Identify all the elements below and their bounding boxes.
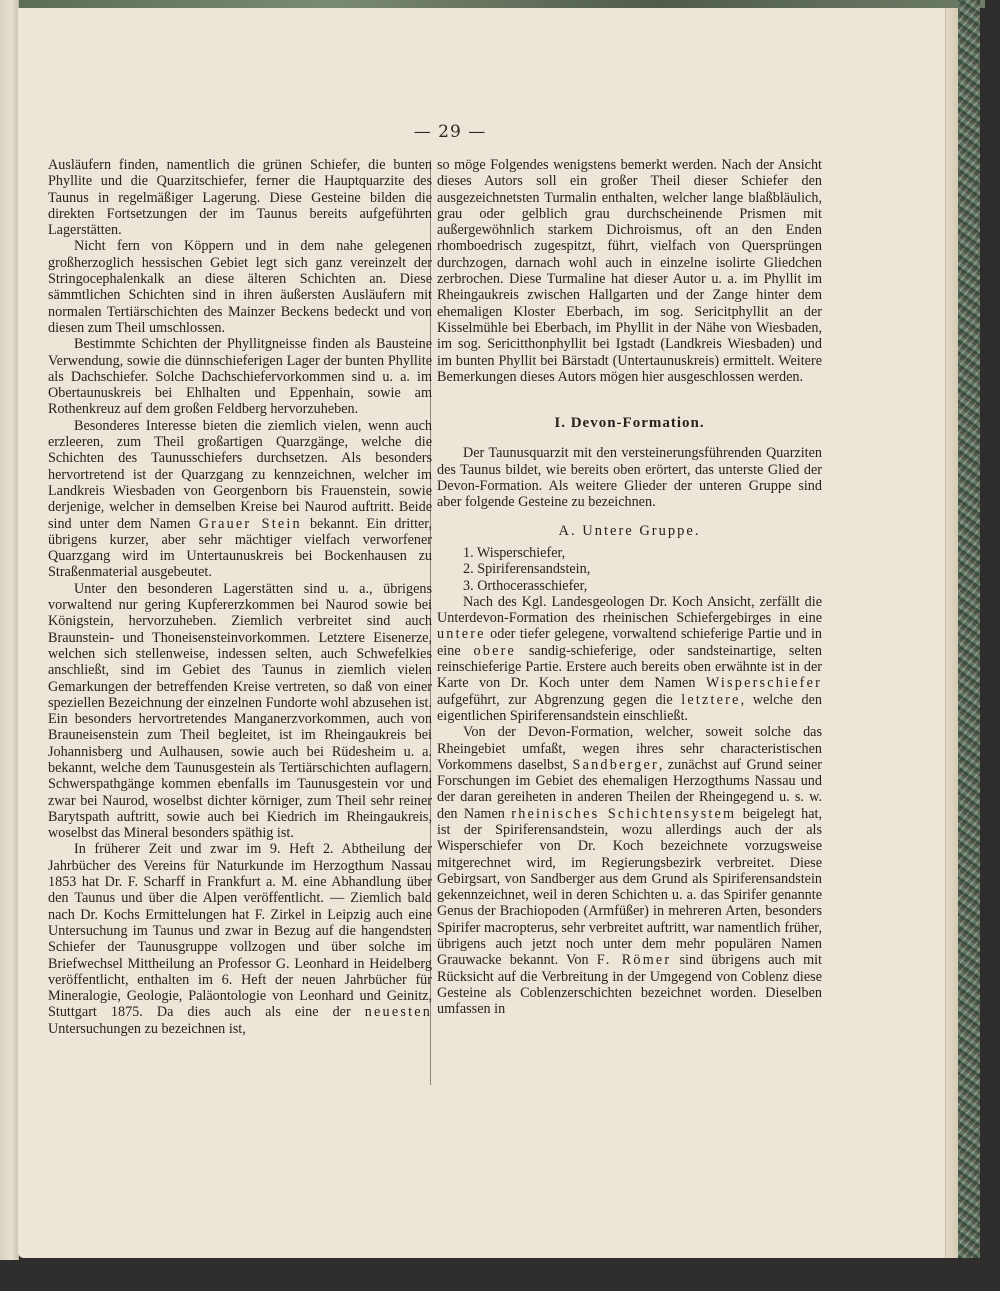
facing-page-edge <box>0 0 19 1260</box>
spaced-term: untere <box>437 626 486 642</box>
spaced-term: Grauer Stein <box>199 516 302 532</box>
spaced-term: neuesten <box>365 1004 432 1020</box>
paragraph: Nach des Kgl. Landesgeologen Dr. Koch An… <box>437 594 822 724</box>
paragraph: In früherer Zeit und zwar im 9. Heft 2. … <box>48 841 432 1037</box>
page-fore-edge <box>945 8 958 1258</box>
book-top-edge <box>0 0 985 8</box>
paragraph: Nicht fern von Köppern und in dem nahe g… <box>48 238 432 336</box>
spaced-term: F. Römer <box>597 952 672 968</box>
spaced-term: Sandberger <box>573 757 659 773</box>
paragraph: Ausläufern finden, namentlich die grünen… <box>48 157 432 238</box>
text-run: aufgeführt, zur Abgrenzung gegen die <box>437 692 673 708</box>
paragraph: Besonderes Interesse bieten die ziemlich… <box>48 418 432 581</box>
text-run: Besonderes Interesse bieten die ziemlich… <box>48 418 432 532</box>
rock-list: 1. Wisperschiefer, 2. Spiriferensandstei… <box>463 545 822 594</box>
text-run: Nach des Kgl. Landesgeologen Dr. Koch An… <box>437 594 822 626</box>
paragraph: Unter den besonderen Lagerstätten sind u… <box>48 581 432 842</box>
list-item: 3. Orthocerasschiefer, <box>463 578 822 594</box>
right-column: so möge Folgendes wenigstens bemerkt wer… <box>437 157 822 1018</box>
paragraph: so möge Folgendes wenigstens bemerkt wer… <box>437 157 822 385</box>
list-item: 1. Wisperschiefer, <box>463 545 822 561</box>
paragraph: Von der Devon-Formation, welcher, soweit… <box>437 724 822 1017</box>
subsection-heading: A. Untere Gruppe. <box>437 523 822 539</box>
marbled-cover-edge <box>958 0 980 1258</box>
spaced-term: rheinisches Schichtensystem <box>511 806 736 822</box>
text-run: In früherer Zeit und zwar im 9. Heft 2. … <box>48 841 432 1020</box>
page-number: — 29 — <box>380 122 520 142</box>
paragraph: Bestimmte Schichten der Phyllitgneisse f… <box>48 336 432 417</box>
paragraph: Der Taunusquarzit mit den versteinerungs… <box>437 445 822 510</box>
spaced-term: letztere <box>681 692 740 708</box>
text-run: Untersuchungen zu bezeichnen ist, <box>48 1021 246 1037</box>
section-heading: I. Devon-Formation. <box>437 415 822 431</box>
list-item: 2. Spiriferensandstein, <box>463 561 822 577</box>
spaced-term: obere <box>474 643 517 659</box>
left-column: Ausläufern finden, namentlich die grünen… <box>48 157 432 1037</box>
spaced-term: Wisperschiefer <box>706 675 822 691</box>
text-run: beigelegt hat, ist der Spiriferensandste… <box>437 806 822 969</box>
